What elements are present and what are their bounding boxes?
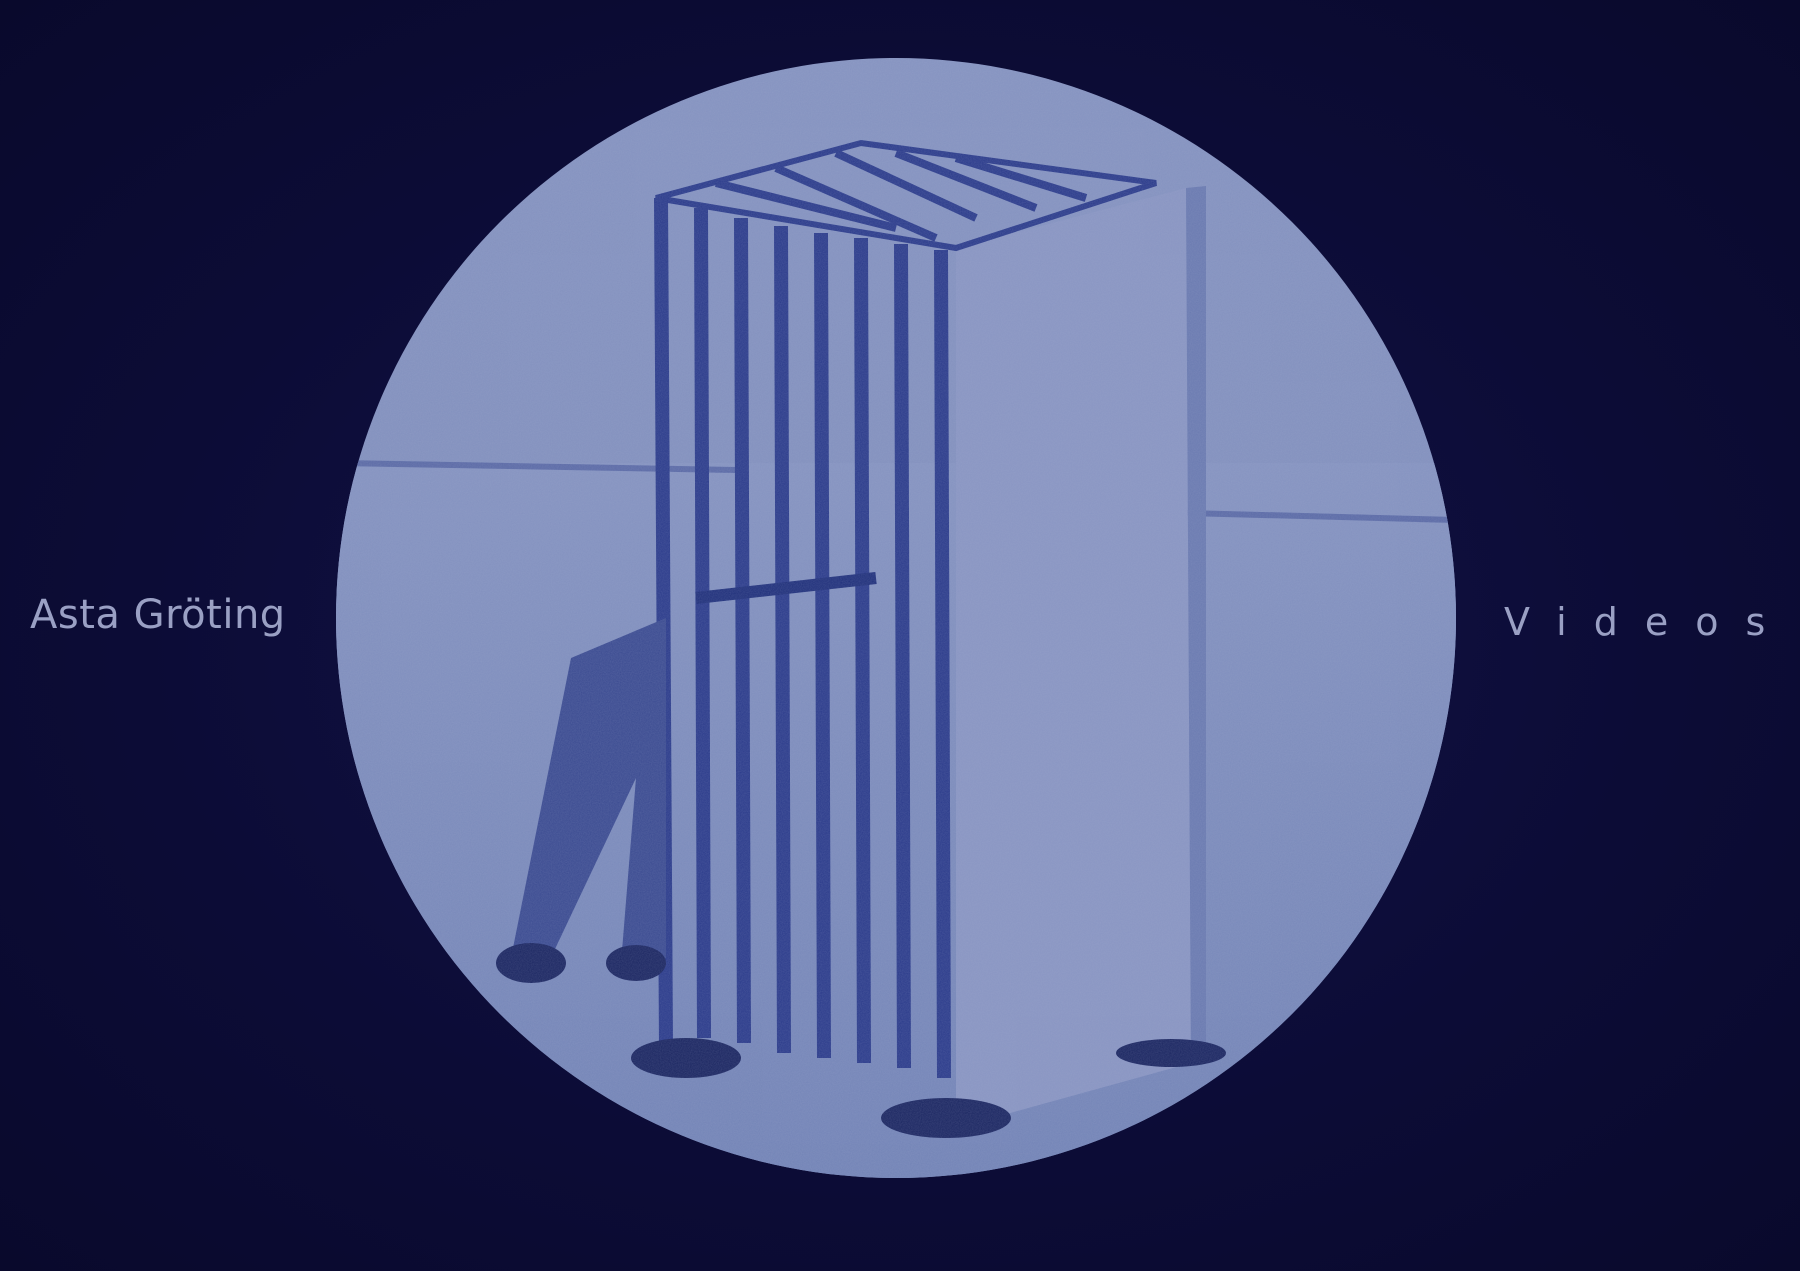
cage-sculpture-photo xyxy=(336,58,1456,1178)
section-title: Videos xyxy=(1504,600,1792,644)
circular-photo xyxy=(336,58,1456,1178)
artist-name: Asta Gröting xyxy=(30,592,286,638)
